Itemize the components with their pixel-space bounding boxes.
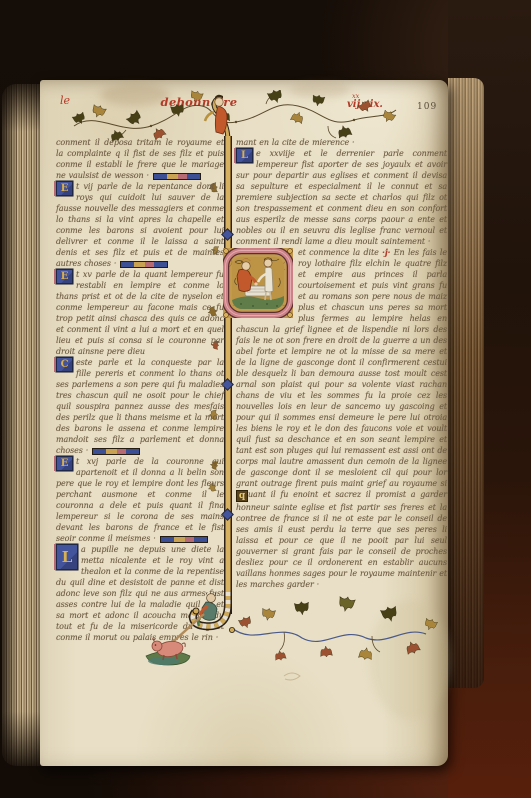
book-page-edges-right — [448, 78, 484, 688]
illuminated-initial: L — [56, 544, 78, 570]
manuscript-line: mant en la cite de mierence · — [236, 137, 447, 148]
right-text-column: mant en la cite de mierence · Le xxviije… — [236, 137, 447, 590]
illuminated-initial: L — [236, 148, 253, 163]
paragraph-text: t vij parle de la repentance dont li roy… — [56, 182, 224, 268]
manuscript-paragraph: Et xv parle de la quant lempereur fu res… — [56, 269, 224, 357]
illuminated-initial: E — [56, 456, 73, 471]
paragraph-text: et conmence la dite — [298, 248, 382, 257]
paragraph-text: t xvj parle de la couronne qui apartenoi… — [56, 457, 224, 543]
line-filler-icon — [120, 261, 168, 268]
manuscript-paragraph: conment il deposa tritam le royaume et l… — [56, 137, 224, 181]
line-filler-icon — [92, 448, 140, 455]
gold-bar-border — [224, 136, 232, 614]
paragraph-text: e xxviije et le derrenier parle conment … — [236, 149, 447, 246]
paragraph-text: mant en la cite de mierence · — [236, 138, 355, 147]
manuscript-paragraph: et conmence la dite ·j· En les fais le r… — [236, 247, 447, 590]
paragraph-text: uant il fu enoint et sacrez il promist a… — [236, 490, 447, 589]
book-spine-right — [448, 0, 531, 798]
paragraph-text: t xv parle de la quant lempereur fu rest… — [56, 270, 224, 356]
parchment-folio: le debonnaire xxvij.xix. 109 — [40, 80, 448, 766]
bottom-vine-vignette — [134, 592, 446, 686]
folio-number-modern: 109 — [417, 102, 437, 112]
manuscript-paragraph: Et xvj parle de la couronne qui aparteno… — [56, 456, 224, 544]
faint-flourish — [284, 673, 300, 680]
manuscript-photo: le debonnaire xxvij.xix. 109 — [0, 0, 531, 798]
illuminated-initial: E — [56, 269, 73, 284]
pink-boar-icon — [146, 638, 190, 665]
inline-gold-initial: q — [236, 490, 248, 502]
manuscript-paragraph: Ceste parle et la conqueste par la fille… — [56, 357, 224, 456]
book-page-edges-left — [2, 84, 42, 766]
illuminated-initial: E — [56, 181, 73, 196]
historiated-initial-miniature — [223, 248, 293, 318]
line-filler-icon — [153, 173, 201, 180]
manuscript-paragraph: Le xxviije et le derrenier parle conment… — [236, 148, 447, 247]
paragraph-text: este parle et la conqueste par la fille … — [56, 358, 224, 455]
seated-figure-with-spear-icon — [198, 592, 217, 626]
line-filler-icon — [160, 536, 208, 543]
illuminated-initial: C — [56, 357, 73, 372]
manuscript-paragraph: Et vij parle de la repentance dont li ro… — [56, 181, 224, 269]
left-text-column: conment il deposa tritam le royaume et l… — [56, 137, 224, 643]
